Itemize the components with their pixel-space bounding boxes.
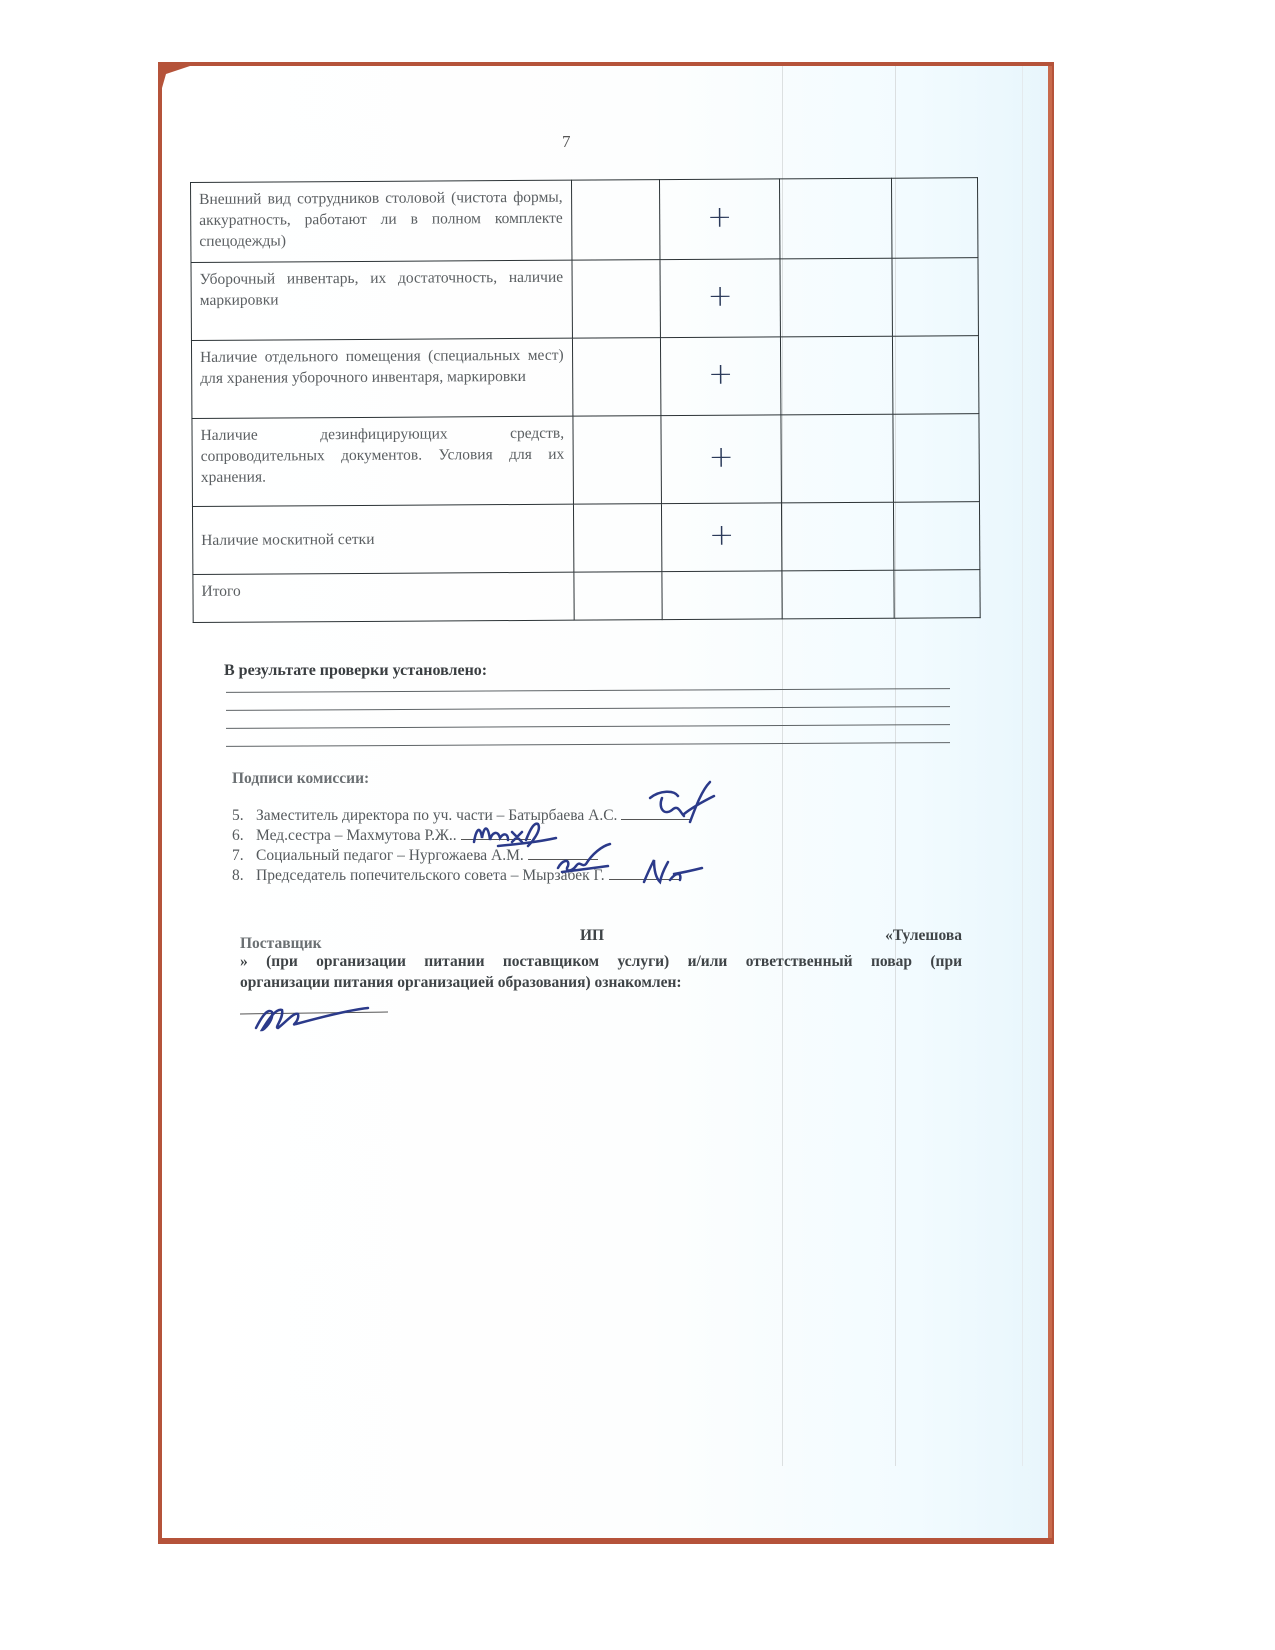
empty-cell <box>780 178 892 259</box>
supplier-statement: Поставщик ИП «Тулешова » (при организаци… <box>240 925 962 993</box>
check-mark-cell: + <box>661 503 782 572</box>
empty-cell <box>891 178 978 259</box>
table-row: Уборочный инвентарь, их достаточность, н… <box>191 258 978 341</box>
criterion-text: Наличие москитной сетки <box>192 504 573 574</box>
empty-cell <box>572 416 660 505</box>
result-label: В результате проверки установлено: <box>224 662 487 680</box>
plus-mark-icon: + <box>708 439 733 474</box>
empty-cell <box>782 570 894 619</box>
table-row: Наличие дезинфицирующих средств, сопрово… <box>192 414 980 507</box>
board-right-edge <box>1048 66 1052 1538</box>
supplier-name: «Тулешова <box>885 925 962 946</box>
supplier-text-line: организации питания организацией образов… <box>240 972 962 993</box>
fold-line <box>1022 66 1023 1466</box>
check-mark-cell: + <box>659 259 780 338</box>
table-row: Наличие москитной сетки+ <box>192 502 979 575</box>
item-number: 8. <box>232 866 256 886</box>
handwritten-signature <box>548 838 618 878</box>
empty-cell <box>893 502 979 571</box>
criterion-text: Наличие дезинфицирующих средств, сопрово… <box>192 416 573 506</box>
empty-cell <box>780 258 892 337</box>
supplier-signature <box>238 1000 398 1040</box>
empty-cell <box>573 504 661 573</box>
page-number: 7 <box>562 132 571 152</box>
signature-row: 5.Заместитель директора по уч. части – Б… <box>232 806 691 826</box>
criterion-text: Уборочный инвентарь, их достаточность, н… <box>191 260 572 340</box>
item-number: 6. <box>232 826 256 846</box>
empty-cell <box>894 570 980 619</box>
empty-cell <box>893 414 980 503</box>
supplier-text-line: » (при организации питании поставщиком у… <box>240 951 962 972</box>
check-mark-cell: + <box>660 415 781 504</box>
table-row: Итого <box>193 570 980 623</box>
plus-mark-icon: + <box>707 278 732 313</box>
table-row: Наличие отдельного помещения (специальны… <box>191 336 978 419</box>
supplier-ip: ИП <box>580 925 604 946</box>
empty-cell <box>781 414 893 503</box>
item-number: 7. <box>232 846 256 866</box>
empty-cell <box>892 258 979 337</box>
table-row: Внешний вид сотрудников столовой (чистот… <box>191 178 978 263</box>
plus-mark-icon: + <box>709 517 734 552</box>
inspection-table: Внешний вид сотрудников столовой (чистот… <box>190 177 981 623</box>
empty-cell <box>892 336 979 415</box>
empty-cell <box>571 180 659 261</box>
signature-list: 5.Заместитель директора по уч. части – Б… <box>232 806 691 886</box>
check-mark-cell: + <box>659 179 780 260</box>
empty-cell <box>572 338 660 417</box>
member-text: Мед.сестра – Махмутова Р.Ж.. <box>256 827 457 844</box>
total-label: Итого <box>193 572 574 622</box>
signature-row: 7.Социальный педагог – Нургожаева А.М. <box>232 846 691 866</box>
empty-cell <box>781 336 893 415</box>
plus-mark-icon: + <box>708 356 733 391</box>
item-number: 5. <box>232 806 256 826</box>
plus-mark-icon: + <box>707 199 732 234</box>
empty-cell <box>782 502 894 571</box>
member-text: Заместитель директора по уч. части – Бат… <box>256 807 617 824</box>
criterion-text: Внешний вид сотрудников столовой (чистот… <box>191 180 572 262</box>
signature-row: 8.Председатель попечительского совета – … <box>232 866 691 886</box>
handwritten-signature <box>636 852 706 888</box>
handwritten-signature <box>640 776 720 836</box>
criterion-text: Наличие отдельного помещения (специальны… <box>191 338 572 418</box>
empty-cell <box>661 571 782 620</box>
signature-row: 6.Мед.сестра – Махмутова Р.Ж.. <box>232 826 691 846</box>
check-mark-cell: + <box>660 337 781 416</box>
supplier-label: Поставщик <box>240 933 322 954</box>
empty-cell <box>573 572 661 621</box>
signatures-heading: Подписи комиссии: <box>232 770 369 788</box>
empty-cell <box>572 260 660 339</box>
handwritten-signature <box>468 812 558 852</box>
